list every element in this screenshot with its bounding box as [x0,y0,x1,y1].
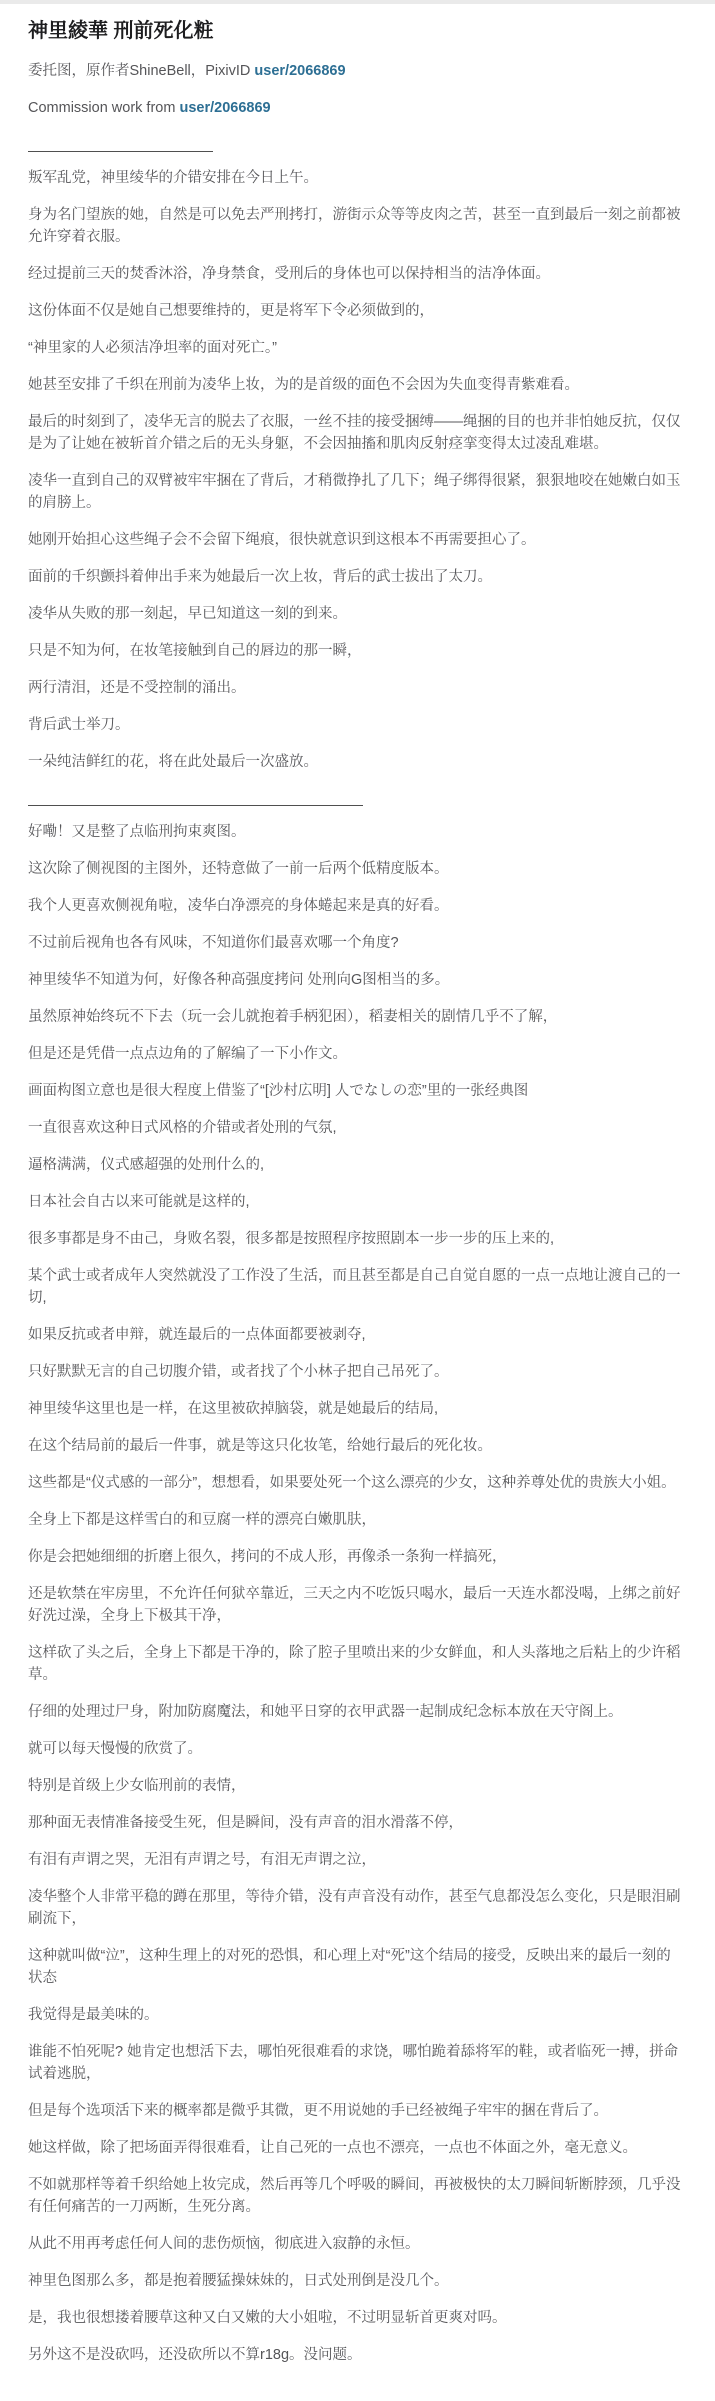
meta-line-author: 委托图，原作者ShineBell，PixivID user/2066869 [28,60,685,82]
meta-commission-text: Commission work from [28,100,179,116]
afterword-paragraph: 不如就那样等着千织给她上妆完成，然后再等几个呼吸的瞬间，再被极快的太刀瞬间斩断脖… [28,2174,685,2218]
afterword-paragraph: 这些都是“仪式感的一部分”，想想看，如果要处死一个这么漂亮的少女，这种养尊处优的… [28,1472,685,1494]
afterword-paragraph: 有泪有声谓之哭，无泪有声谓之号，有泪无声谓之泣， [28,1849,685,1871]
pixiv-user-link[interactable]: user/2066869 [179,100,270,116]
afterword-paragraph: 虽然原神始终玩不下去（玩一会儿就抱着手柄犯困），稻妻相关的剧情几乎不了解， [28,1006,685,1028]
meta-author-text: 委托图，原作者ShineBell，PixivID [28,63,254,79]
afterword-paragraph: 谁能不怕死呢? 她肯定也想活下去，哪怕死很难看的求饶，哪怕跪着舔将军的鞋，或者临… [28,2041,685,2085]
afterword-paragraph: 如果反抗或者申辩，就连最后的一点体面都要被剥夺, [28,1324,685,1346]
afterword-paragraph: 特别是首级上少女临刑前的表情， [28,1775,685,1797]
story-paragraph: 一朵纯洁鲜红的花，将在此处最后一次盛放。 [28,751,685,773]
story-paragraph: “神里家的人必须洁净坦率的面对死亡。” [28,337,685,359]
post-title: 神里綾華 刑前死化粧 [28,18,685,44]
afterword-paragraph: 还是软禁在牢房里，不允许任何狱卒靠近，三天之内不吃饭只喝水，最后一天连水都没喝，… [28,1583,685,1627]
afterword-paragraph: 另外这不是没砍吗，还没砍所以不算r18g。没问题。 [28,2344,685,2366]
afterword-paragraph: 逼格满满，仪式感超强的处刑什么的, [28,1154,685,1176]
afterword-paragraph: 在这个结局前的最后一件事，就是等这只化妆笔，给她行最后的死化妆。 [28,1435,685,1457]
afterword-paragraph: 我觉得是最美味的。 [28,2004,685,2026]
story-paragraph: 凌华一直到自己的双臂被牢牢捆在了背后，才稍微挣扎了几下；绳子绑得很紧，狠狠地咬在… [28,470,685,514]
afterword-paragraph: 只好默默无言的自己切腹介错，或者找了个小林子把自己吊死了。 [28,1361,685,1383]
afterword-paragraph: 某个武士或者成年人突然就没了工作没了生活，而且甚至都是自己自觉自愿的一点一点地让… [28,1265,685,1309]
story-section: 叛军乱党，神里绫华的介错安排在今日上午。身为名门望族的她，自然是可以免去严刑拷打… [28,167,685,773]
afterword-paragraph: 神里色图那么多，都是抱着腰猛操妹妹的，日式处刑倒是没几个。 [28,2270,685,2292]
story-paragraph: 背后武士举刀。 [28,714,685,736]
story-paragraph: 最后的时刻到了，凌华无言的脱去了衣服，一丝不挂的接受捆缚——绳捆的目的也并非怕她… [28,411,685,455]
afterword-paragraph: 全身上下都是这样雪白的和豆腐一样的漂亮白嫩肌肤， [28,1509,685,1531]
story-paragraph: 凌华从失败的那一刻起，早已知道这一刻的到来。 [28,603,685,625]
story-paragraph: 经过提前三天的焚香沐浴，净身禁食，受刑后的身体也可以保持相当的洁净体面。 [28,263,685,285]
afterword-paragraph: 仔细的处理过尸身，附加防腐魔法，和她平日穿的衣甲武器一起制成纪念标本放在天守阁上… [28,1701,685,1723]
story-paragraph: 面前的千织颤抖着伸出手来为她最后一次上妆，背后的武士拔出了太刀。 [28,566,685,588]
afterword-paragraph: 这样砍了头之后，全身上下都是干净的，除了腔子里喷出来的少女鲜血，和人头落地之后粘… [28,1642,685,1686]
afterword-paragraph: 很多事都是身不由己，身败名裂，很多都是按照程序按照剧本一步一步的压上来的, [28,1228,685,1250]
story-paragraph: 身为名门望族的她，自然是可以免去严刑拷打，游街示众等等皮肉之苦，甚至一直到最后一… [28,204,685,248]
story-paragraph: 叛军乱党，神里绫华的介错安排在今日上午。 [28,167,685,189]
meta-line-commission: Commission work from user/2066869 [28,97,685,119]
afterword-paragraph: 从此不用再考虑任何人间的悲伤烦恼，彻底进入寂静的永恒。 [28,2233,685,2255]
story-paragraph: 两行清泪，还是不受控制的涌出。 [28,677,685,699]
afterword-paragraph: 我个人更喜欢侧视角啦，凌华白净漂亮的身体蜷起来是真的好看。 [28,895,685,917]
afterword-paragraph: 是，我也很想搂着腰草这种又白又嫩的大小姐啦，不过明显斩首更爽对吗。 [28,2307,685,2329]
afterword-paragraph: 不过前后视角也各有风味，不知道你们最喜欢哪一个角度? [28,932,685,954]
afterword-paragraph: 画面构图立意也是很大程度上借鉴了“[沙村広明] 人でなしの恋”里的一张经典图 [28,1080,685,1102]
afterword-paragraph: 神里绫华这里也是一样，在这里被砍掉脑袋，就是她最后的结局, [28,1398,685,1420]
divider [28,788,363,806]
afterword-paragraph: 你是会把她细细的折磨上很久，拷问的不成人形，再像杀一条狗一样搞死， [28,1546,685,1568]
story-paragraph: 只是不知为何，在妆笔接触到自己的唇边的那一瞬， [28,640,685,662]
afterword-paragraph: 她这样做，除了把场面弄得很难看，让自己死的一点也不漂亮，一点也不体面之外，毫无意… [28,2137,685,2159]
post-page: 神里綾華 刑前死化粧 委托图，原作者ShineBell，PixivID user… [0,0,715,2401]
afterword-paragraph: 那种面无表情准备接受生死，但是瞬间，没有声音的泪水滑落不停， [28,1812,685,1834]
afterword-paragraph: 一直很喜欢这种日式风格的介错或者处刑的气氛, [28,1117,685,1139]
pixiv-user-link[interactable]: user/2066869 [254,63,345,79]
afterword-paragraph: 好嘞！又是整了点临刑拘束爽图。 [28,821,685,843]
afterword-paragraph: 日本社会自古以来可能就是这样的, [28,1191,685,1213]
afterword-paragraph: 神里绫华不知道为何，好像各种高强度拷问 处刑向G图相当的多。 [28,969,685,991]
afterword-paragraph: 这种就叫做“泣”，这种生理上的对死的恐惧，和心理上对“死”这个结局的接受，反映出… [28,1945,685,1989]
story-paragraph: 这份体面不仅是她自己想要维持的，更是将军下令必须做到的， [28,300,685,322]
afterword-paragraph: 这次除了侧视图的主图外，还特意做了一前一后两个低精度版本。 [28,858,685,880]
afterword-section: 好嘞！又是整了点临刑拘束爽图。这次除了侧视图的主图外，还特意做了一前一后两个低精… [28,821,685,2366]
story-paragraph: 她甚至安排了千织在刑前为凌华上妆，为的是首级的面色不会因为失血变得青紫难看。 [28,374,685,396]
afterword-paragraph: 凌华整个人非常平稳的蹲在那里，等待介错，没有声音没有动作，甚至气息都没怎么变化，… [28,1886,685,1930]
story-paragraph: 她刚开始担心这些绳子会不会留下绳痕，很快就意识到这根本不再需要担心了。 [28,529,685,551]
afterword-paragraph: 就可以每天慢慢的欣赏了。 [28,1738,685,1760]
afterword-paragraph: 但是每个选项活下来的概率都是微乎其微，更不用说她的手已经被绳子牢牢的捆在背后了。 [28,2100,685,2122]
afterword-paragraph: 但是还是凭借一点点边角的了解编了一下小作文。 [28,1043,685,1065]
divider [28,134,213,152]
post-content: 神里綾華 刑前死化粧 委托图，原作者ShineBell，PixivID user… [0,4,715,2401]
